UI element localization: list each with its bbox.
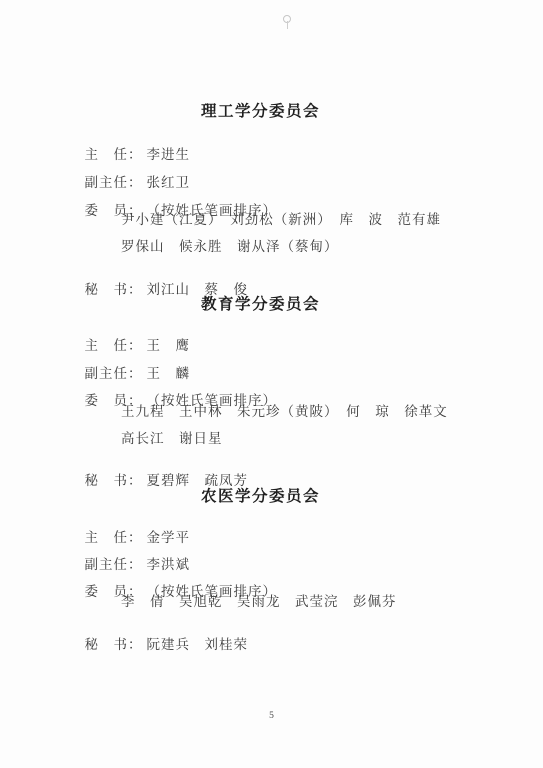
members-names-line: 李 倩 吴旭乾 吴雨龙 武莹浣 彭佩芬 — [121, 594, 397, 610]
scan-artifact — [283, 15, 291, 30]
secretary-label: 秘 书： — [85, 473, 143, 489]
section-title-education: 教育学分委员会 — [0, 296, 521, 313]
secretary-names: 夏碧辉 疏凤芳 — [147, 473, 249, 488]
secretary-label: 秘 书： — [85, 637, 143, 653]
scan-artifact-mark — [287, 21, 288, 29]
secretary-row: 秘 书：阮建兵 刘桂荣 — [67, 621, 248, 669]
members-names-line: 高长江 谢日星 — [121, 431, 223, 447]
section-title-science-engineering: 理工学分委员会 — [0, 103, 521, 120]
page-number: 5 — [0, 711, 543, 721]
members-names-line: 尹小建（江夏） 刘劲松（新洲） 库 波 范有雄 — [121, 212, 441, 228]
section-title-agriculture-medicine: 农医学分委员会 — [0, 488, 521, 505]
members-names-line: 王九程 王中林 朱元珍（黄陂） 何 琼 徐革文 — [121, 404, 448, 420]
document-page: 理工学分委员会 主 任：李进生 副主任：张红卫 委 员：（按姓氏笔画排序） 尹小… — [0, 0, 543, 768]
secretary-names: 刘江山 蔡 俊 — [147, 282, 249, 297]
secretary-names: 阮建兵 刘桂荣 — [147, 637, 249, 652]
members-names-line: 罗保山 候永胜 谢从泽（蔡甸） — [121, 239, 339, 255]
